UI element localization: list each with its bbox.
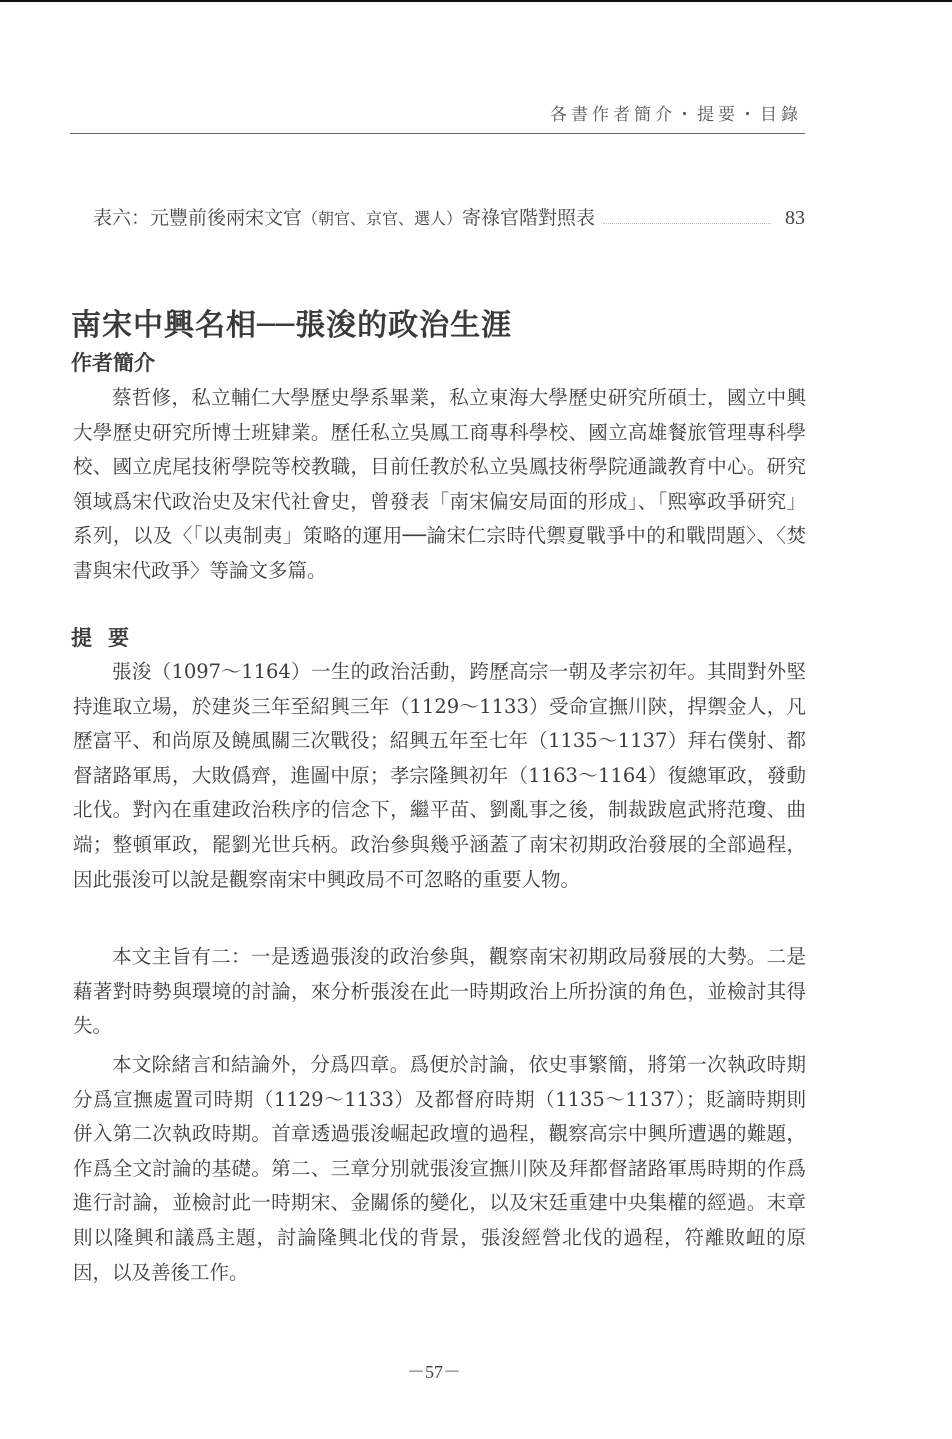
abstract-paragraph-1: 張浚（1097～1164）一生的政治活動，跨歷高宗一朝及孝宗初年。其間對外堅持進… xyxy=(73,655,806,897)
toc-entry-label: 表六：元豐前後兩宋文官（朝官、京官、選人）寄祿官階對照表 xyxy=(93,203,595,230)
dot-leader xyxy=(603,211,771,224)
toc-label-end: 寄祿官階對照表 xyxy=(462,207,595,229)
author-heading: 作者簡介 xyxy=(71,347,155,377)
author-paragraph: 蔡哲修，私立輔仁大學歷史學系畢業，私立東海大學歷史研究所碩士，國立中興大學歷史研… xyxy=(73,381,806,589)
toc-entry: 表六：元豐前後兩宋文官（朝官、京官、選人）寄祿官階對照表 83 xyxy=(93,203,805,230)
toc-page-number: 83 xyxy=(785,207,805,230)
abstract-paragraph-2: 本文主旨有二：一是透過張浚的政治參與，觀察南宋初期政局發展的大勢。二是藉著對時勢… xyxy=(73,940,806,1044)
page-top-edge xyxy=(0,0,952,2)
abstract-paragraph-3: 本文除緒言和結論外，分爲四章。爲便於討論，依史事繁簡，將第一次執政時期分爲宣撫處… xyxy=(73,1048,806,1290)
abstract-heading: 提要 xyxy=(71,622,145,652)
running-head: 各書作者簡介・提要・目錄 xyxy=(550,100,802,125)
header-rule xyxy=(70,133,805,134)
toc-label-paren: （朝官、京官、選人） xyxy=(302,209,462,228)
page-number: －57－ xyxy=(0,1358,868,1384)
article-title: 南宋中興名相──張浚的政治生涯 xyxy=(71,300,512,344)
toc-label-main: 表六：元豐前後兩宋文官 xyxy=(93,207,302,229)
